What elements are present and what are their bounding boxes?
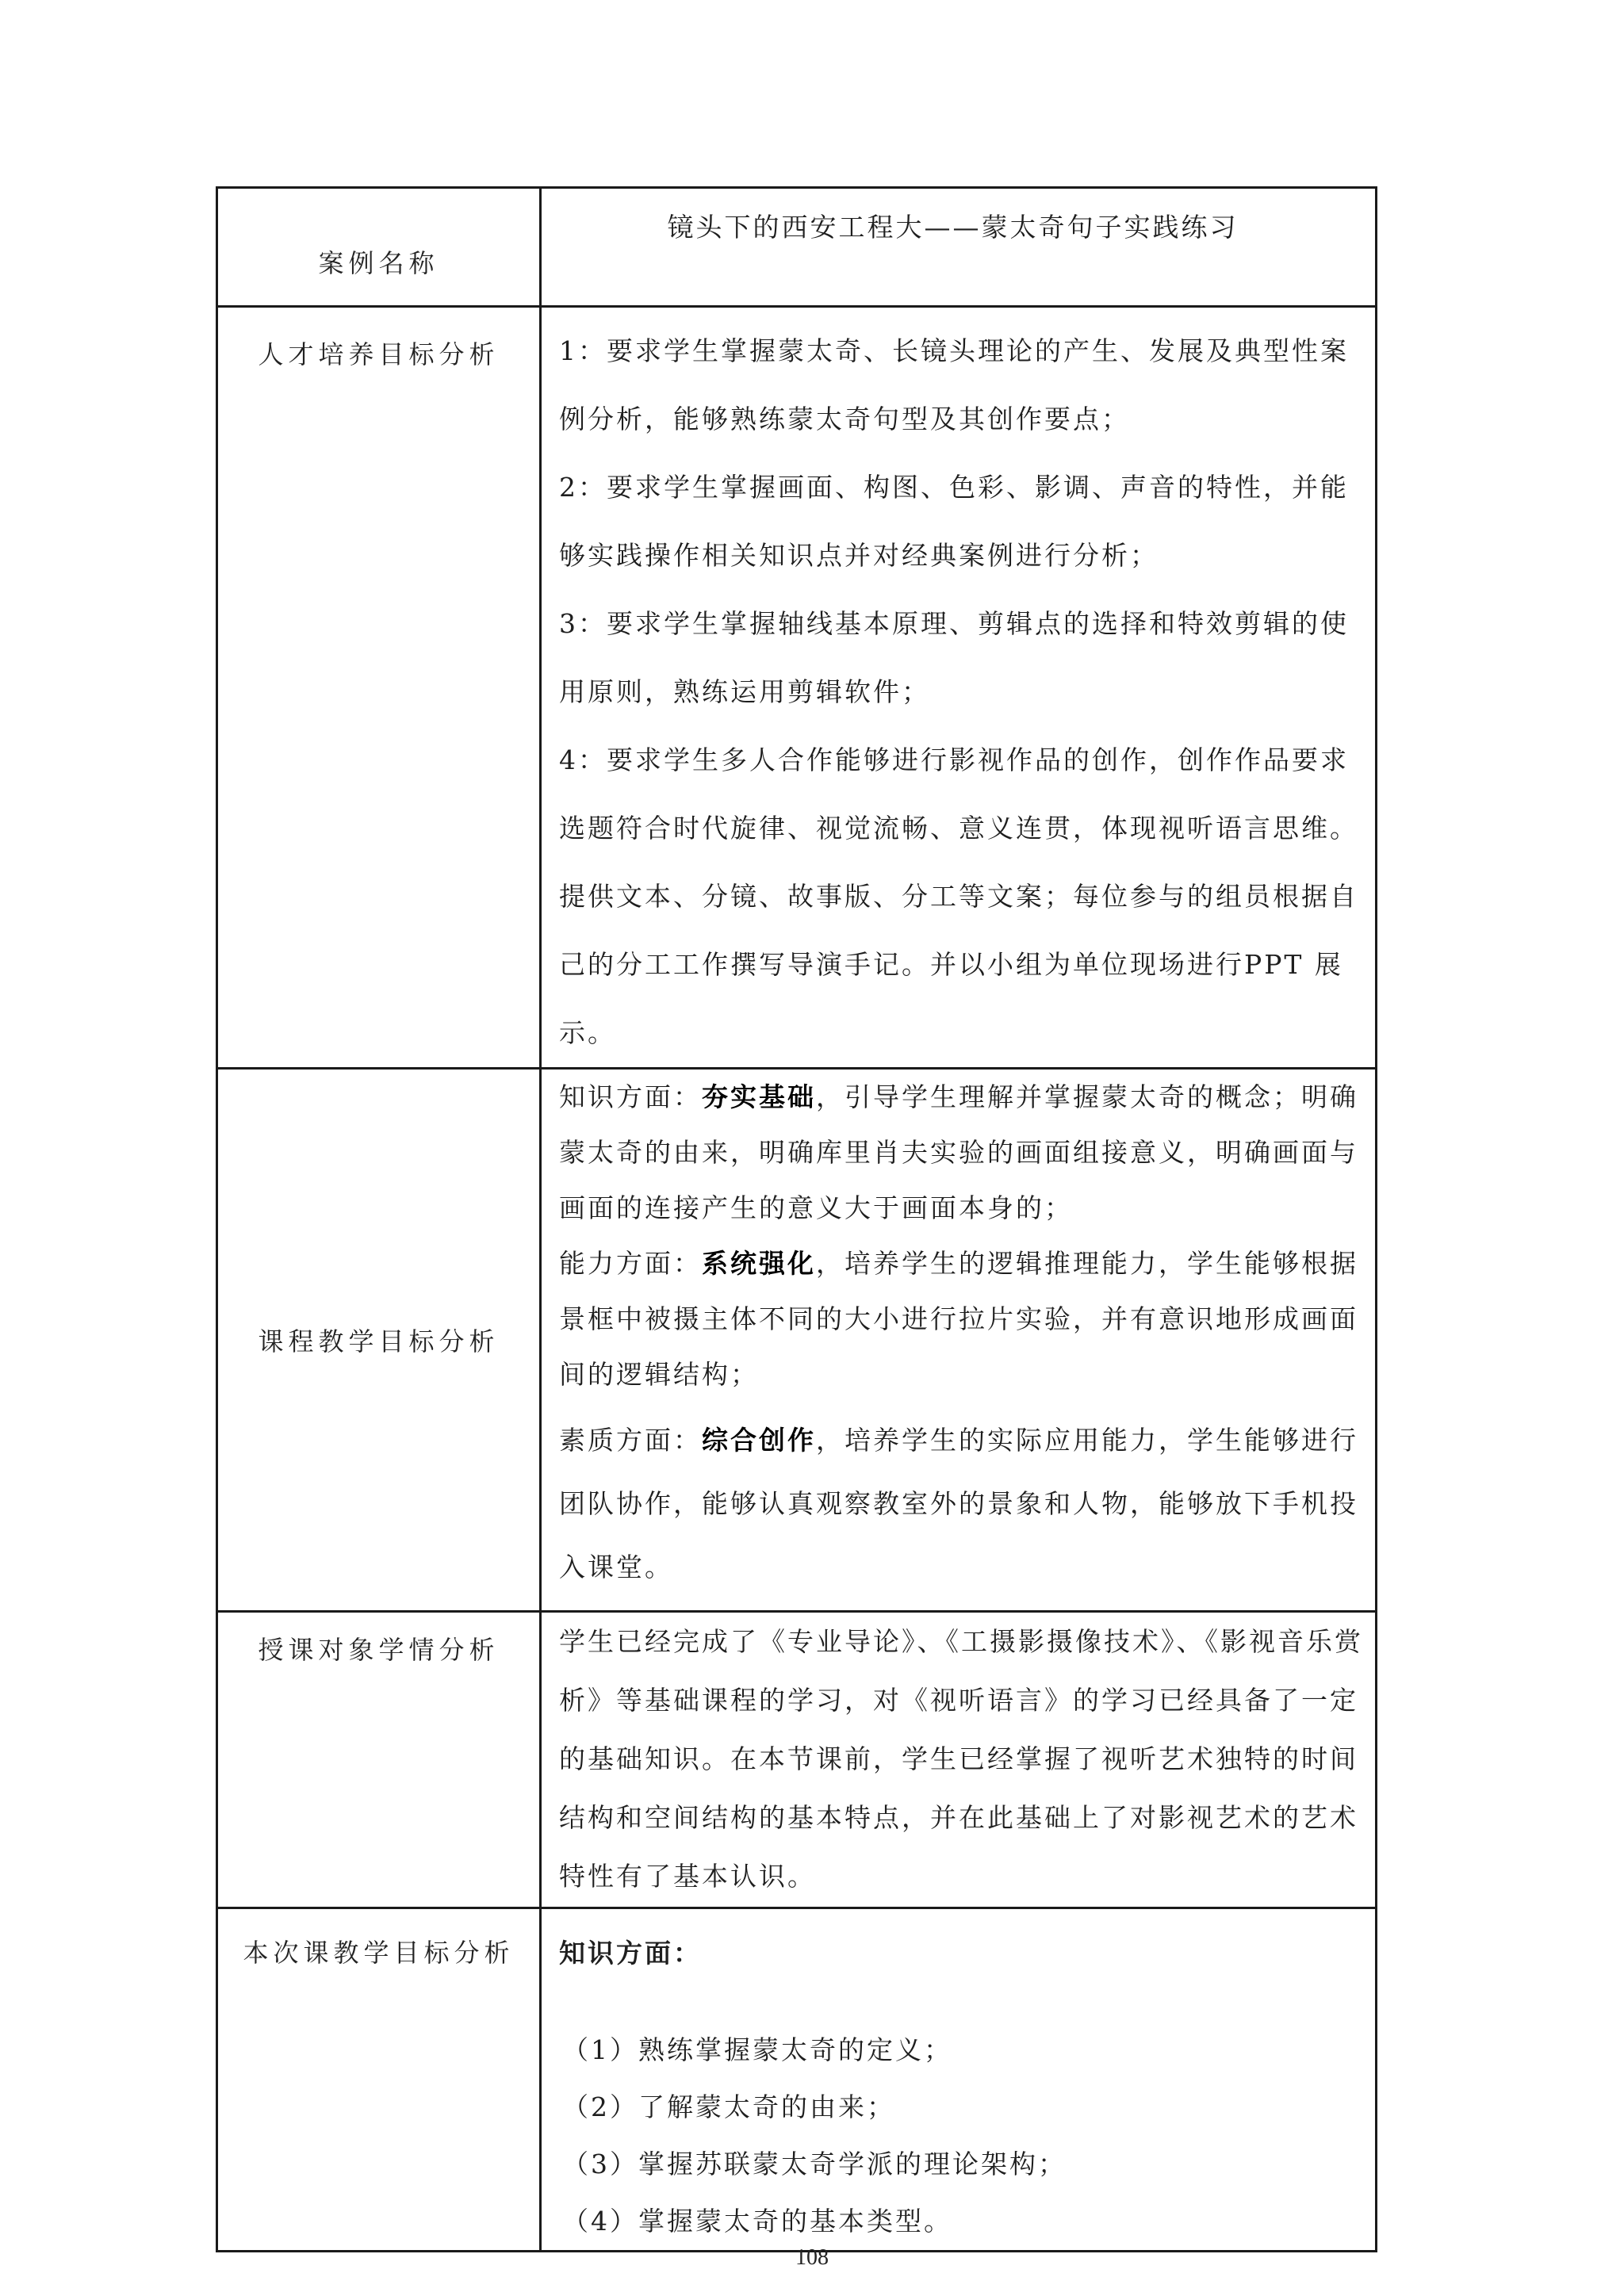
- page-number: 108: [0, 2245, 1624, 2271]
- row-label: 课程教学目标分析: [217, 1069, 541, 1612]
- list-item: （4）掌握蒙太奇的基本类型。: [559, 2193, 1364, 2250]
- talent-goals-content: 1：要求学生掌握蒙太奇、长镜头理论的产生、发展及典型性案例分析，能够熟练蒙太奇句…: [541, 307, 1377, 1069]
- goal-prefix: 素质方面：: [559, 1425, 702, 1456]
- table-row-student-analysis: 授课对象学情分析 学生已经完成了《专业导论》、《工摄影摄像技术》、《影视音乐赏析…: [217, 1612, 1377, 1908]
- goal-emphasis: 系统强化: [702, 1248, 816, 1279]
- row-label: 授课对象学情分析: [217, 1612, 541, 1908]
- table-row-case-name: 案例名称 镜头下的西安工程大——蒙太奇句子实践练习: [217, 188, 1377, 307]
- table-row-lesson-goals: 本次课教学目标分析 知识方面： （1）熟练掌握蒙太奇的定义； （2）了解蒙太奇的…: [217, 1908, 1377, 2252]
- paragraph: 3：要求学生掌握轴线基本原理、剪辑点的选择和特效剪辑的使用原则，熟练运用剪辑软件…: [559, 590, 1364, 726]
- table-row-course-goals: 课程教学目标分析 知识方面：夯实基础，引导学生理解并掌握蒙太奇的概念；明确蒙太奇…: [217, 1069, 1377, 1612]
- case-title: 镜头下的西安工程大——蒙太奇句子实践练习: [541, 188, 1377, 307]
- lesson-goals-content: 知识方面： （1）熟练掌握蒙太奇的定义； （2）了解蒙太奇的由来； （3）掌握苏…: [541, 1908, 1377, 2252]
- row-label: 人才培养目标分析: [217, 307, 541, 1069]
- goal-knowledge: 知识方面：夯实基础，引导学生理解并掌握蒙太奇的概念；明确蒙太奇的由来，明确库里肖…: [559, 1070, 1364, 1236]
- table-row-talent-goals: 人才培养目标分析 1：要求学生掌握蒙太奇、长镜头理论的产生、发展及典型性案例分析…: [217, 307, 1377, 1069]
- row-label: 案例名称: [217, 188, 541, 307]
- paragraph: 2：要求学生掌握画面、构图、色彩、影调、声音的特性，并能够实践操作相关知识点并对…: [559, 453, 1364, 590]
- list-item: （2）了解蒙太奇的由来；: [559, 2079, 1364, 2136]
- paragraph: 1：要求学生掌握蒙太奇、长镜头理论的产生、发展及典型性案例分析，能够熟练蒙太奇句…: [559, 317, 1364, 453]
- student-analysis-content: 学生已经完成了《专业导论》、《工摄影摄像技术》、《影视音乐赏析》等基础课程的学习…: [541, 1612, 1377, 1908]
- lesson-heading: 知识方面：: [559, 1930, 1364, 1977]
- goal-emphasis: 综合创作: [702, 1425, 816, 1456]
- goal-prefix: 知识方面：: [559, 1081, 702, 1112]
- list-item: （1）熟练掌握蒙太奇的定义；: [559, 2022, 1364, 2079]
- goal-emphasis: 夯实基础: [702, 1081, 816, 1112]
- row-label: 本次课教学目标分析: [217, 1908, 541, 2252]
- list-item: （3）掌握苏联蒙太奇学派的理论架构；: [559, 2136, 1364, 2193]
- goal-quality: 素质方面：综合创作，培养学生的实际应用能力，学生能够进行团队协作，能够认真观察教…: [559, 1409, 1364, 1599]
- goal-ability: 能力方面：系统强化，培养学生的逻辑推理能力，学生能够根据景框中被摄主体不同的大小…: [559, 1236, 1364, 1402]
- paragraph: 4：要求学生多人合作能够进行影视作品的创作，创作作品要求选题符合时代旋律、视觉流…: [559, 726, 1364, 1067]
- goal-prefix: 能力方面：: [559, 1248, 702, 1279]
- lesson-plan-table: 案例名称 镜头下的西安工程大——蒙太奇句子实践练习 人才培养目标分析 1：要求学…: [216, 186, 1377, 2252]
- course-goals-content: 知识方面：夯实基础，引导学生理解并掌握蒙太奇的概念；明确蒙太奇的由来，明确库里肖…: [541, 1069, 1377, 1612]
